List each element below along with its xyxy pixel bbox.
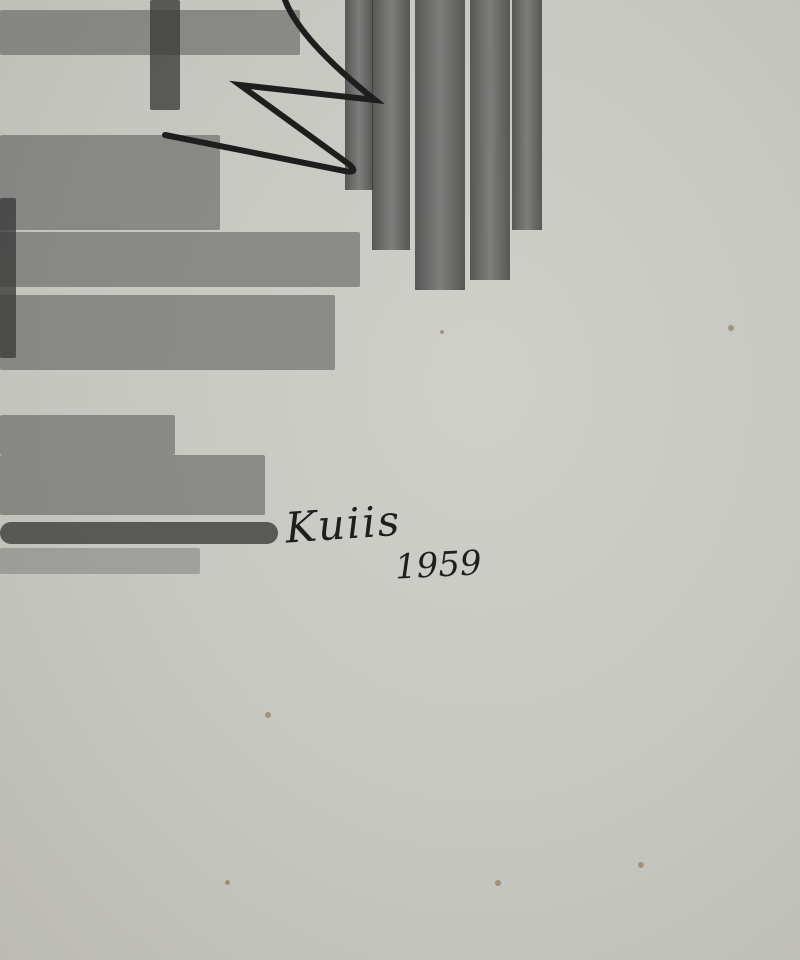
foxing-spot [225, 880, 230, 885]
foxing-spot [440, 330, 444, 334]
foxing-spot [728, 325, 734, 331]
foxing-spot [265, 712, 271, 718]
drawing-paper: Kuiis 1959 [0, 0, 800, 960]
ink-line-figure [0, 0, 800, 960]
signature-year: 1959 [394, 540, 536, 587]
foxing-spot [495, 880, 501, 886]
foxing-spot [638, 862, 644, 868]
artist-signature: Kuiis 1959 [285, 495, 535, 584]
